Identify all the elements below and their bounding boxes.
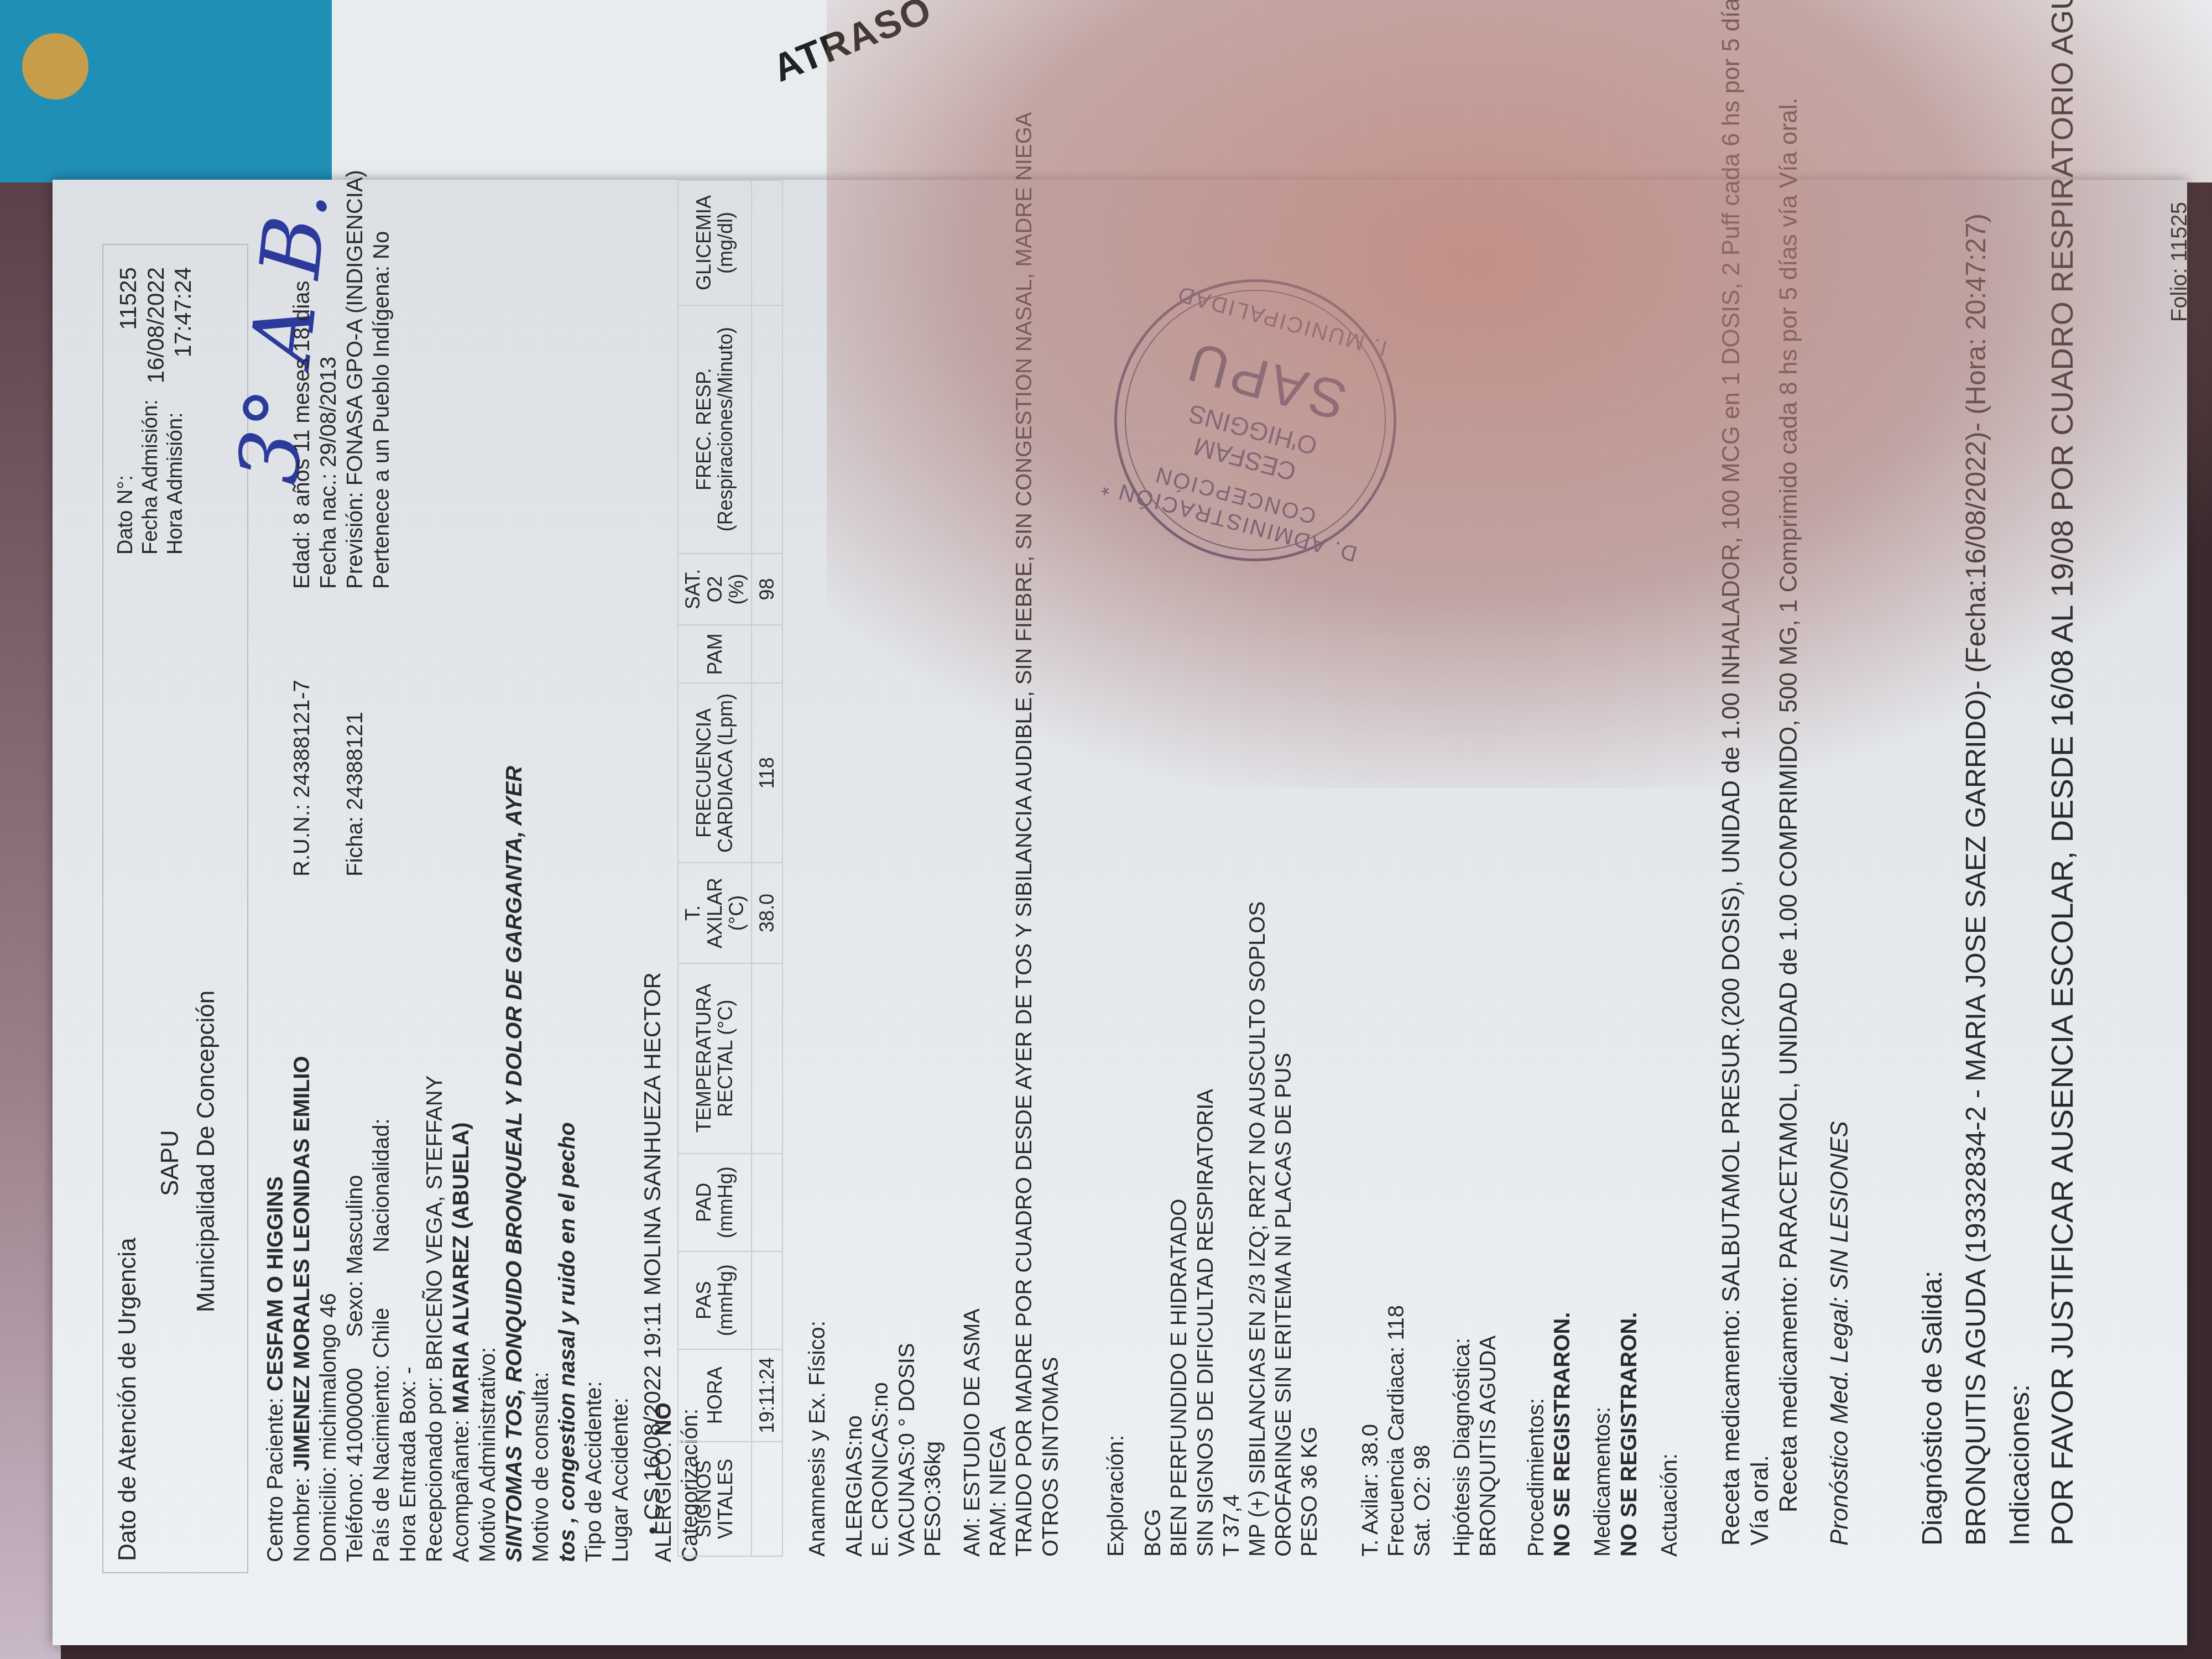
background-fabric — [0, 0, 332, 182]
admission-labels: Dato N°: Fecha Admisión: Hora Admisión: — [113, 399, 187, 555]
procedures-section: Procedimientos: NO SE REGISTRARON. Medic… — [1524, 1312, 1683, 1557]
diagnostic-hypothesis: BRONQUITIS AGUDA — [1475, 1305, 1501, 1557]
medical-record-document: Dato de Atención de Urgencia SAPU Munici… — [53, 180, 2187, 1645]
vitals-header: HORA — [678, 1349, 752, 1442]
patient-address: Domicilio: michimalongo 46 — [316, 1293, 341, 1562]
vitals-header: T. AXILAR (°C) — [678, 863, 752, 963]
vitals-header: SAT. O2 (%) — [678, 554, 752, 625]
dato-number: 11525 — [114, 267, 142, 383]
exploration-section: Exploración: BCG BIEN PERFUNDIDO E HIDRA… — [1103, 901, 1323, 1557]
patient-nationality: Nacionalidad: — [369, 1118, 394, 1252]
discharge-diagnosis: BRONQUITIS AGUDA (19332834-2 - MARIA JOS… — [1960, 0, 1992, 1546]
patient-age: Edad: 8 años 11 meses 18 dias — [289, 281, 315, 589]
patient-run: R.U.N.: 24388121-7 — [289, 680, 315, 877]
anamnesis-section: Anamnesis y Ex. Físico: ALERGIAS:no E. C… — [805, 1321, 946, 1557]
vitals-cell: 118 — [752, 683, 782, 863]
vitals-header: PAD (mmHg) — [678, 1154, 752, 1251]
document-title: Dato de Atención de Urgencia — [113, 1238, 142, 1561]
clinician-line: • CS 16/08/2022 19:11 MOLINA SANHUEZA HE… — [639, 972, 666, 1535]
unit-name: SAPU — [156, 1130, 185, 1196]
vitals-cell — [752, 305, 782, 554]
vitals-cell: 98 — [752, 554, 782, 625]
vitals-header: FREC. RESP. (Respiraciones/Minuto) — [678, 305, 752, 554]
vitals-header: SIGNOS VITALES — [678, 1442, 752, 1556]
background-sheet-label: ATRASO — [766, 0, 938, 91]
discharge-section: Diagnóstico de Salida: BRONQUITIS AGUDA … — [1916, 0, 2080, 1546]
municipality-name: Municipalidad De Concepción — [192, 990, 221, 1312]
indications-value: POR FAVOR JUSTIFICAR AUSENCIA ESCOLAR, D… — [2044, 0, 2080, 1546]
prescription-salbutamol: Receta medicamento: SALBUTAMOL PRESUR.(2… — [1717, 0, 1746, 1546]
admin-reason: SINTOMAS TOS, RONQUIDO BRONQUEAL Y DOLOR… — [502, 766, 526, 1562]
admission-time: 17:47:24 — [169, 267, 197, 383]
vitals-cell: 38.0 — [752, 863, 782, 963]
admission-date: 16/08/2022 — [142, 267, 170, 383]
vitals-header: TEMPERATURA RECTAL (°C) — [678, 963, 752, 1154]
prognosis-value: SIN LESIONES — [1826, 1121, 1853, 1290]
patient-phone: Teléfono: 41000000 — [343, 1368, 367, 1562]
vitals-cell — [752, 1251, 782, 1349]
vitals-header: FRECUENCIA CARDIACA (Lpm) — [678, 683, 752, 863]
prescription-paracetamol: Receta medicamento: PARACETAMOL, UNIDAD … — [1775, 0, 1803, 1512]
vitals-cell — [752, 180, 782, 305]
vital-signs-table: SIGNOS VITALESHORAPAS (mmHg)PAD (mmHg)TE… — [677, 180, 783, 1557]
received-by: Recepcionado por: BRICEÑO VEGA, STEFFANY — [422, 263, 448, 1562]
vitals-header: PAM — [678, 625, 752, 683]
vitals-cell — [752, 625, 782, 683]
patient-info: Centro Paciente: CESFAM O HIGGINS Nombre… — [263, 263, 704, 1562]
patient-country: País de Nacimiento: Chile — [369, 1308, 394, 1562]
vitals-header: GLICEMIA (mg/dl) — [678, 180, 752, 305]
prescriptions: Receta medicamento: SALBUTAMOL PRESUR.(2… — [1717, 0, 1854, 1546]
admission-values: 11525 16/08/2022 17:47:24 — [114, 267, 197, 383]
box-entry-time: Hora Entrada Box: - — [395, 263, 422, 1562]
patient-insurance: Previsión: FONASA GPO-A (INDIGENCIA) — [342, 170, 368, 589]
vitals-cell — [752, 963, 782, 1154]
vitals-cell — [752, 1442, 782, 1556]
consultation-reason: tos , congestion nasal y ruido en el pec… — [555, 1122, 580, 1562]
patient-center: CESFAM O HIGGINS — [263, 1176, 288, 1391]
vitals-header: PAS (mmHg) — [678, 1251, 752, 1349]
patient-birthdate: Fecha nac.: 29/08/2013 — [316, 357, 342, 589]
patient-indigenous: Pertenece a un Pueblo Indígena: No — [369, 231, 395, 589]
patient-sex: Sexo: Masculino — [343, 1175, 367, 1337]
vitals-cell — [752, 1154, 782, 1251]
patient-file: Ficha: 24388121 — [342, 712, 368, 877]
summary-vitals: T. Axilar: 38.0 Frecuencia Cardiaca: 118… — [1358, 1305, 1501, 1557]
vitals-cell: 19:11:24 — [752, 1349, 782, 1442]
companion: MARIA ALVAREZ (ABUELA) — [449, 1122, 473, 1413]
background-surface — [0, 182, 61, 1659]
am-section: AM: ESTUDIO DE ASMA RAM: NIEGA TRAIDO PO… — [959, 112, 1064, 1557]
folio-number: Folio: 11525 — [2167, 202, 2193, 322]
patient-name: JIMENEZ MORALES LEONIDAS EMILIO — [290, 1056, 314, 1471]
official-stamp: D. ADMINISTRACIÓN * CONCEPCIÓN CESFAM O'… — [1083, 248, 1428, 593]
